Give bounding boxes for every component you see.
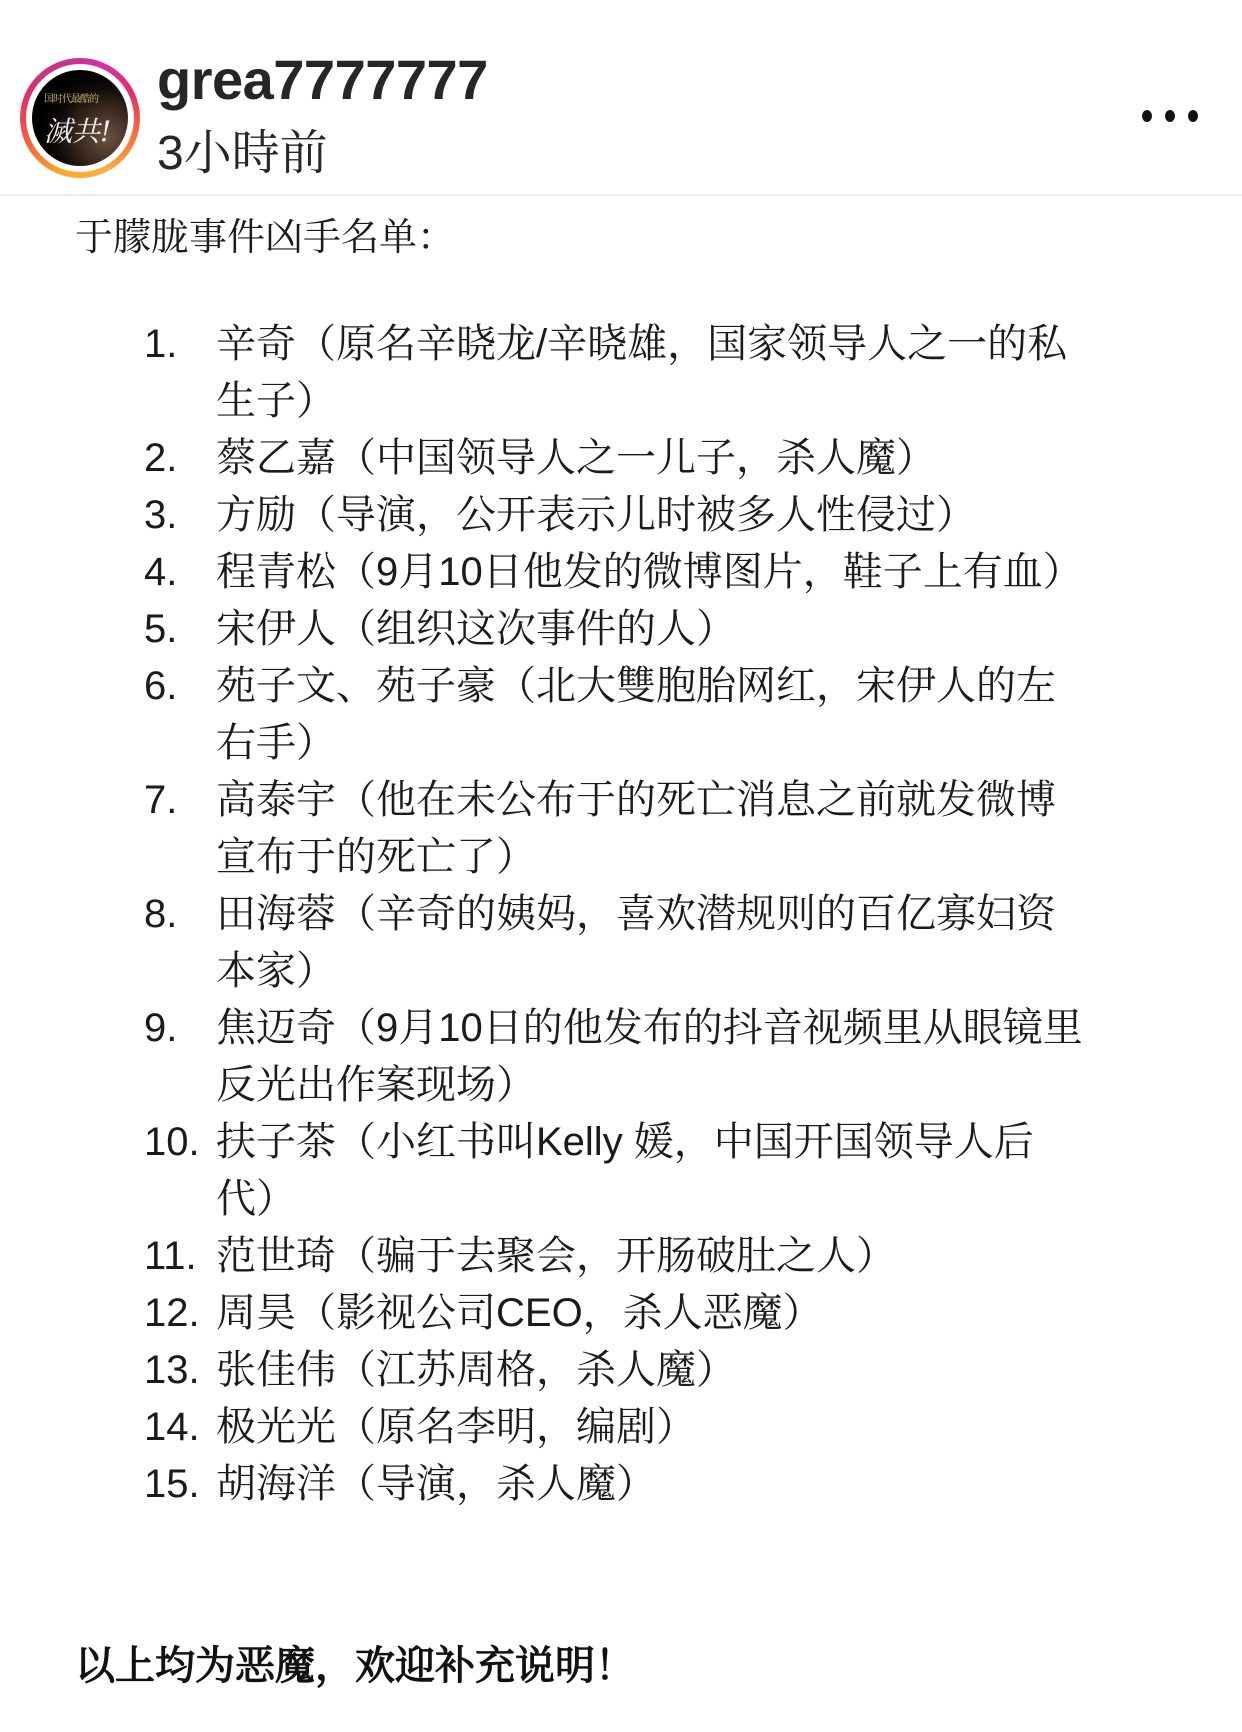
avatar-border: 国时代最酷的 滅共! [26, 64, 134, 172]
post-title: 于朦胧事件凶手名单： [75, 214, 455, 262]
list-item-text: 张佳伟（江苏周格，杀人魔） [216, 1342, 1090, 1399]
list-item: 13. 张佳伟（江苏周格，杀人魔） [0, 1342, 1150, 1399]
list-item: 14. 极光光（原名李明，编剧） [0, 1399, 1150, 1456]
more-horizontal-icon [1188, 110, 1198, 122]
list-item-number: 12. [144, 1285, 200, 1342]
more-horizontal-icon [1142, 110, 1152, 122]
list-item: 12. 周昊（影视公司CEO，杀人恶魔） [0, 1285, 1150, 1342]
list-item-number: 1. [144, 316, 177, 373]
list-item: 9. 焦迈奇（9月10日的他发布的抖音视频里从眼镜里反光出作案现场） [0, 1000, 1150, 1114]
list-item: 11. 范世琦（骗于去聚会，开肠破肚之人） [0, 1228, 1150, 1285]
username-link[interactable]: grea7777777 [157, 52, 488, 108]
list-item-number: 9. [144, 1000, 177, 1057]
list-item-number: 14. [144, 1399, 200, 1456]
list-item: 1. 辛奇（原名辛晓龙/辛晓雄，国家领导人之一的私生子） [0, 316, 1150, 430]
list-item: 4. 程青松（9月10日他发的微博图片，鞋子上有血） [0, 544, 1150, 601]
list-item-number: 10. [144, 1114, 200, 1171]
list-item: 3. 方励（导演，公开表示儿时被多人性侵过） [0, 487, 1150, 544]
avatar-image: 国时代最酷的 滅共! [32, 70, 128, 166]
list-item-text: 周昊（影视公司CEO，杀人恶魔） [216, 1285, 1090, 1342]
post-header: 国时代最酷的 滅共! grea7777777 3小時前 [0, 0, 1242, 196]
post-closing-text: 以上均为恶魔，欢迎补充说明！ [75, 1641, 635, 1691]
list-item-number: 2. [144, 430, 177, 487]
list-item-text: 宋伊人（组织这次事件的人） [216, 601, 1090, 658]
list-item: 6. 苑子文、苑子豪（北大雙胞胎网红，宋伊人的左右手） [0, 658, 1150, 772]
suspect-list: 1. 辛奇（原名辛晓龙/辛晓雄，国家领导人之一的私生子） 2. 蔡乙嘉（中国领导… [0, 316, 1242, 1513]
list-item-text: 方励（导演，公开表示儿时被多人性侵过） [216, 487, 1090, 544]
list-item: 8. 田海蓉（辛奇的姨妈，喜欢潜规则的百亿寡妇资本家） [0, 886, 1150, 1000]
list-item-text: 苑子文、苑子豪（北大雙胞胎网红，宋伊人的左右手） [216, 658, 1090, 772]
post-timestamp: 3小時前 [157, 130, 328, 178]
list-item-text: 辛奇（原名辛晓龙/辛晓雄，国家领导人之一的私生子） [216, 316, 1090, 430]
list-item-number: 3. [144, 487, 177, 544]
more-options-button[interactable] [1142, 100, 1198, 132]
list-item: 7. 高泰宇（他在未公布于的死亡消息之前就发微博宣布于的死亡了） [0, 772, 1150, 886]
avatar-top-text: 国时代最酷的 [44, 90, 98, 105]
list-item: 10. 扶子茶（小红书叫Kelly 媛，中国开国领导人后代） [0, 1114, 1150, 1228]
avatar-main-text: 滅共! [44, 110, 111, 150]
list-item-text: 高泰宇（他在未公布于的死亡消息之前就发微博宣布于的死亡了） [216, 772, 1090, 886]
list-item-number: 4. [144, 544, 177, 601]
list-item-text: 蔡乙嘉（中国领导人之一儿子，杀人魔） [216, 430, 1090, 487]
list-item: 15. 胡海洋（导演，杀人魔） [0, 1456, 1150, 1513]
list-item-text: 程青松（9月10日他发的微博图片，鞋子上有血） [216, 544, 1090, 601]
list-item-number: 8. [144, 886, 177, 943]
list-item-number: 13. [144, 1342, 200, 1399]
list-item-text: 胡海洋（导演，杀人魔） [216, 1456, 1090, 1513]
list-item-number: 15. [144, 1456, 200, 1513]
list-item-text: 极光光（原名李明，编剧） [216, 1399, 1090, 1456]
avatar[interactable]: 国时代最酷的 滅共! [20, 58, 140, 178]
more-horizontal-icon [1165, 110, 1175, 122]
list-item-number: 11. [144, 1228, 197, 1285]
list-item-number: 6. [144, 658, 177, 715]
list-item-number: 5. [144, 601, 177, 658]
list-item-number: 7. [144, 772, 177, 829]
list-item-text: 焦迈奇（9月10日的他发布的抖音视频里从眼镜里反光出作案现场） [216, 1000, 1090, 1114]
list-item: 2. 蔡乙嘉（中国领导人之一儿子，杀人魔） [0, 430, 1150, 487]
list-item-text: 扶子茶（小红书叫Kelly 媛，中国开国领导人后代） [216, 1114, 1090, 1228]
list-item: 5. 宋伊人（组织这次事件的人） [0, 601, 1150, 658]
list-item-text: 范世琦（骗于去聚会，开肠破肚之人） [216, 1228, 1090, 1285]
list-item-text: 田海蓉（辛奇的姨妈，喜欢潜规则的百亿寡妇资本家） [216, 886, 1090, 1000]
